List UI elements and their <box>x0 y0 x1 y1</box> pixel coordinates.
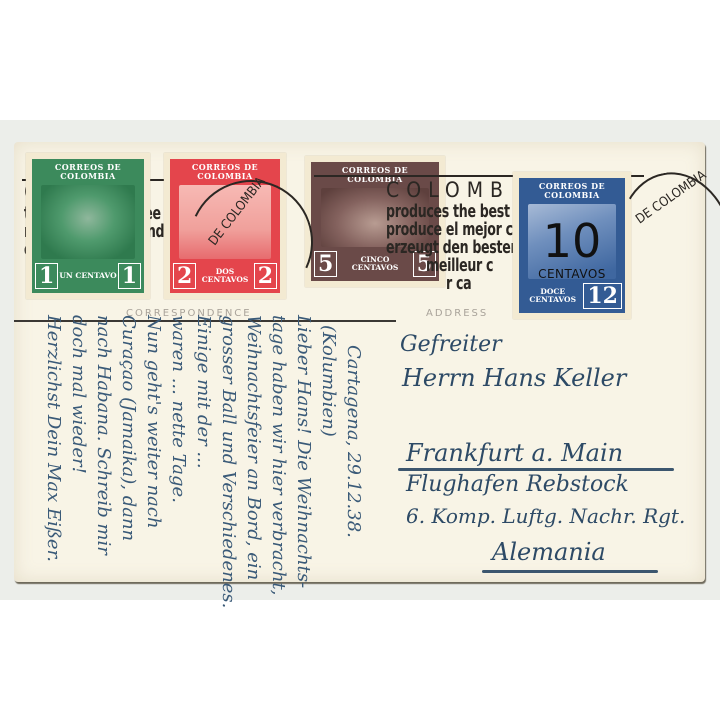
message-line: Nun geht's weiter nach <box>141 315 166 608</box>
message-line: doch mal wieder! <box>66 315 91 608</box>
stamp-value-words: DOCE CENTAVOS <box>522 288 583 305</box>
address-unit: 6. Komp. Luftg. Nachr. Rgt. <box>406 504 685 528</box>
address-underline <box>482 570 658 573</box>
stamp-vignette-map <box>41 185 134 259</box>
address-rank: Gefreiter <box>400 332 502 357</box>
handwritten-message: Cartagena, 29.12.38. (Kolumbien) Lieber … <box>41 315 366 608</box>
stamp-value: 2 <box>173 263 196 289</box>
message-line: Lieber Hans! Die Weihnachts- <box>291 315 316 608</box>
address-name: Herrn Hans Keller <box>402 364 626 392</box>
message-line: waren ... nette Tage. <box>166 315 191 608</box>
stamp-surcharge: 10 CENTAVOS <box>538 218 606 280</box>
address-street: Flughafen Rebstock <box>406 472 629 497</box>
stamp-country: CORREOS DE COLOMBIA <box>522 182 622 200</box>
message-note: (Kolumbien) <box>316 315 341 608</box>
message-line: nach Habana. Schreib mir <box>91 315 116 608</box>
stamp-value-words: UN CENTAVO <box>59 272 116 280</box>
stamp-value: 1 <box>118 263 141 289</box>
message-line: Einige mit der ... <box>191 315 216 608</box>
message-line: Weihnachtsfeier an Bord, ein <box>241 315 266 608</box>
address-label: ADDRESS <box>426 308 488 319</box>
message-line: tage haben wir hier verbracht, <box>266 315 291 608</box>
message-line: Herzlichst Dein Max Eißer. <box>41 315 66 608</box>
address-underline <box>398 468 674 471</box>
stamp-value: 1 <box>35 263 58 289</box>
slogan-heading: COLOMB <box>386 178 510 202</box>
stamp-value: 12 <box>583 283 622 309</box>
stamp-value: 5 <box>314 251 337 277</box>
message-place-date: Cartagena, 29.12.38. <box>343 345 364 538</box>
surcharge-unit: CENTAVOS <box>538 268 606 280</box>
message-line: grosser Ball und Verschiedenes. <box>216 315 241 608</box>
message-line: Curaçao (Jamaika), dann <box>116 315 141 608</box>
address-country: Alemania <box>492 538 606 566</box>
surcharge-value: 10 <box>538 218 606 264</box>
stamp-12-centavos-surcharged: CORREOS DE COLOMBIA 10 CENTAVOS DOCE CEN… <box>513 172 631 319</box>
stamp-1-centavo: CORREOS DE COLOMBIA 1 UN CENTAVO 1 <box>26 153 150 299</box>
stamp-country: CORREOS DE COLOMBIA <box>35 163 141 181</box>
address-city: Frankfurt a. Main <box>406 439 623 467</box>
